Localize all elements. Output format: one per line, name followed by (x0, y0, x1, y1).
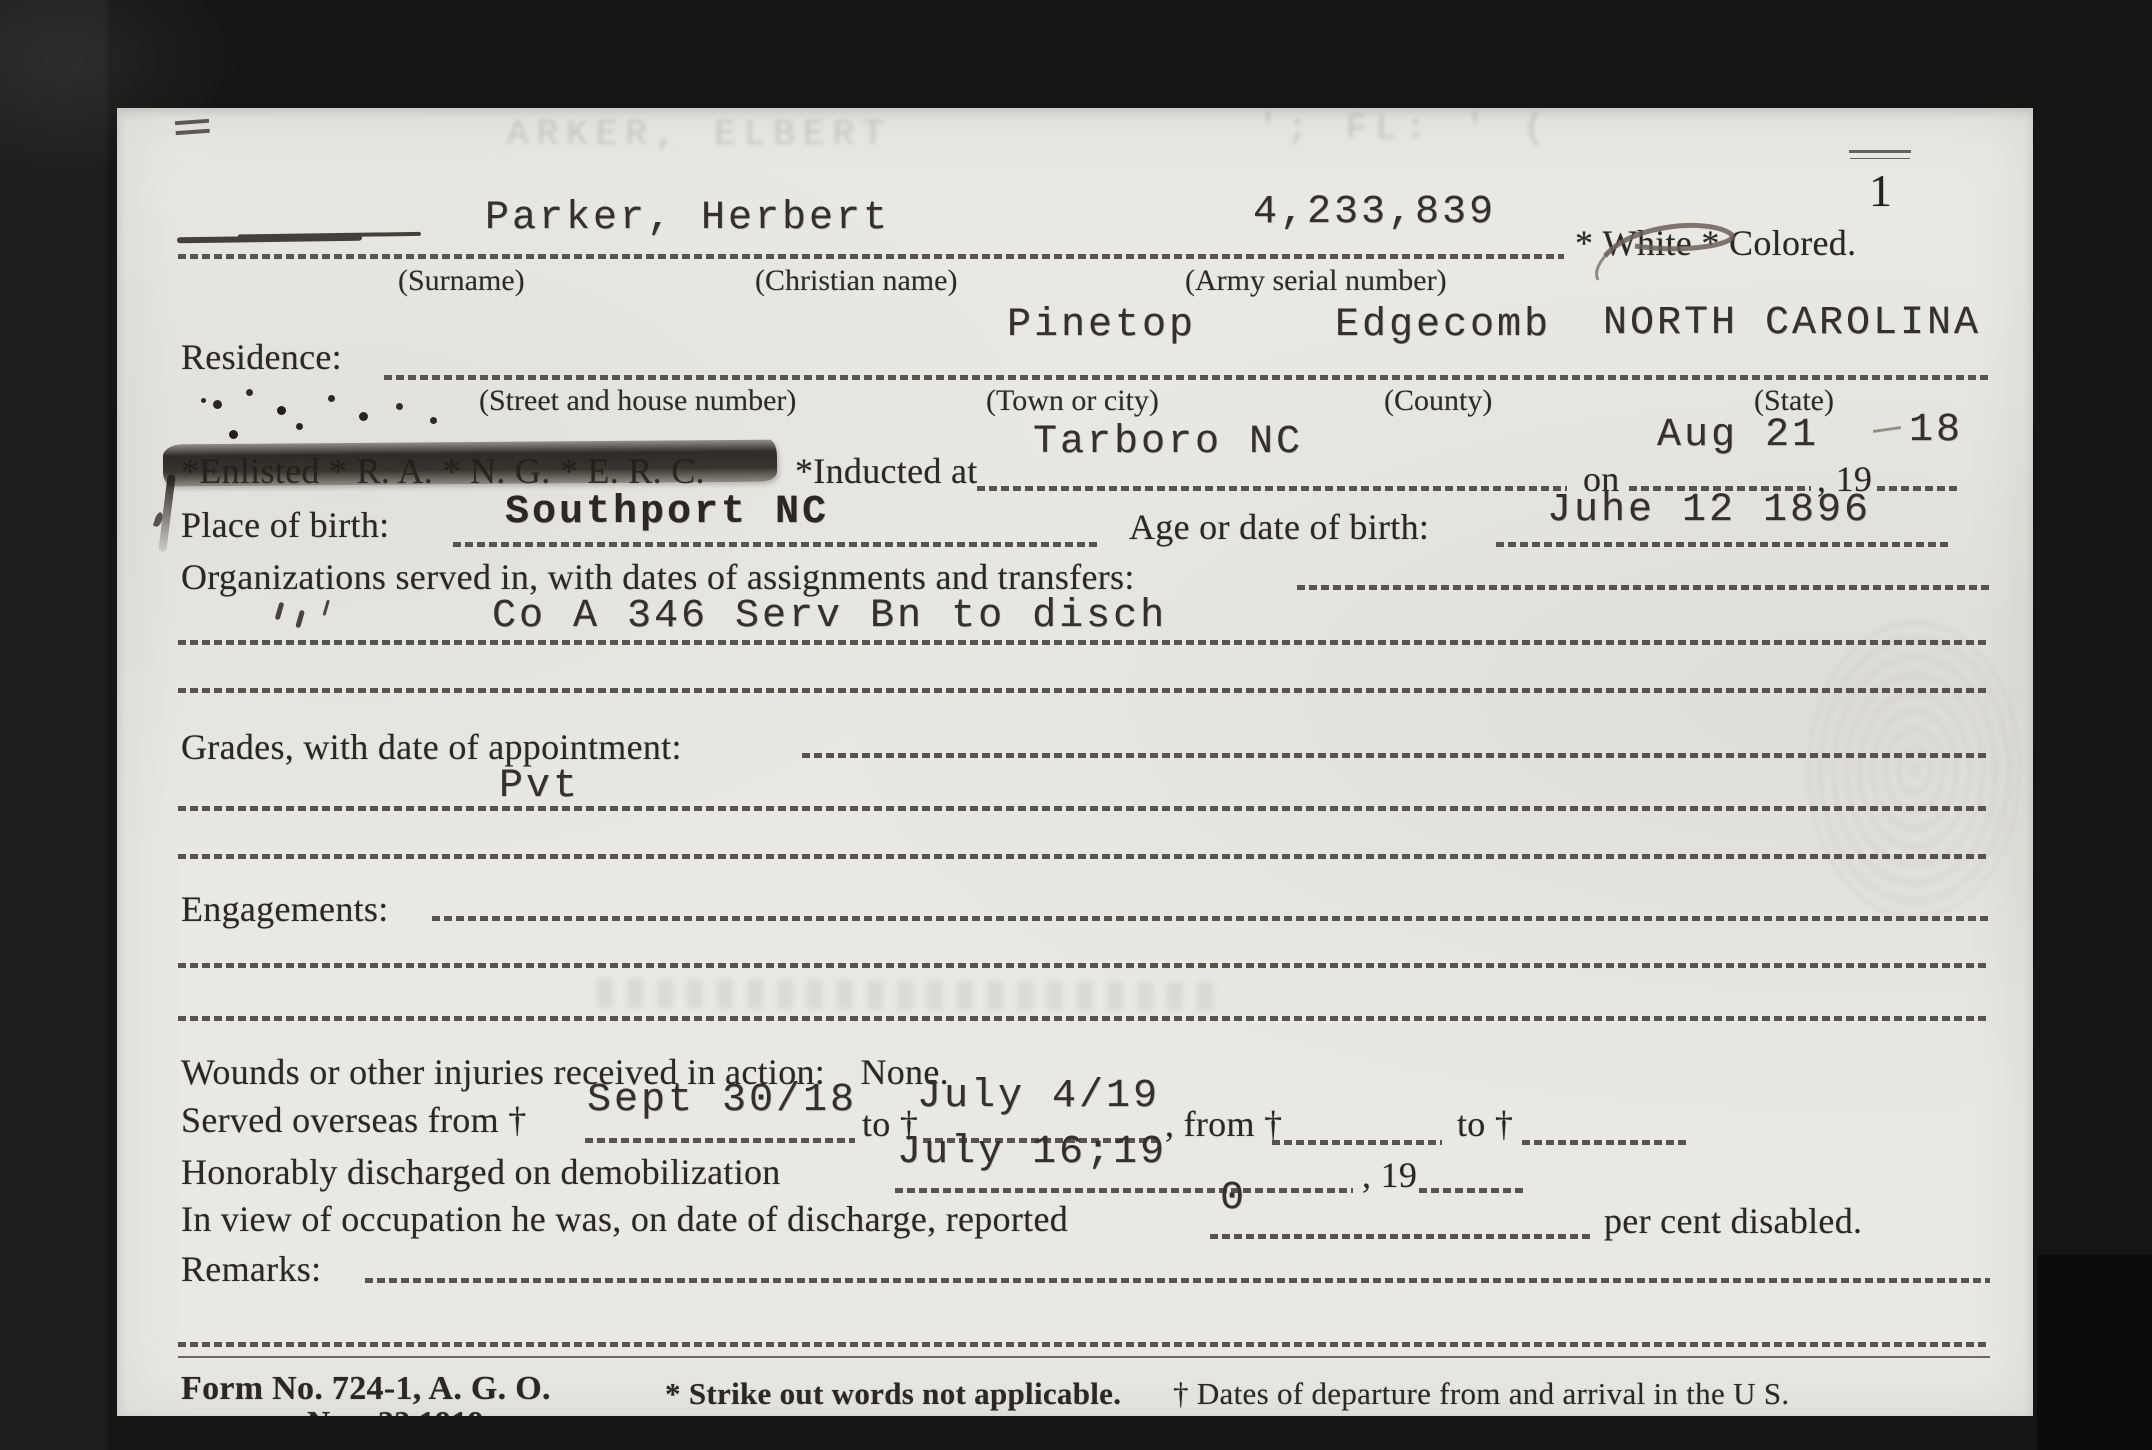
inducted-place-value: Tarboro NC (1033, 420, 1303, 465)
residence-state-value: NORTH CAROLINA (1603, 301, 1981, 346)
dagger-note: † Dates of departure from and arrival in… (1173, 1376, 1789, 1412)
form-date: Nov. 22 1919 (307, 1404, 484, 1416)
residence-label: Residence: (181, 336, 342, 378)
organizations-label: Organizations served in, with dates of a… (181, 556, 1135, 598)
inducted-date-value: Aug 21 (1657, 413, 1819, 458)
serial-number-label: (Army serial number) (1185, 264, 1447, 298)
street-label: (Street and house number) (479, 384, 796, 418)
handwritten-tick-marks (275, 602, 285, 621)
overseas-to2-label: to † (1457, 1103, 1513, 1145)
overseas-from2-label: , from † (1165, 1103, 1282, 1145)
service-record-card: ARKER, ELBERT '; FL: ' ( 1 Parker, Herbe… (117, 108, 2033, 1416)
overseas-from-value: Sept 30/18 (587, 1078, 857, 1123)
place-of-birth-label: Place of birth: (181, 504, 389, 546)
disability-percent-value: 0 (1220, 1176, 1247, 1221)
pencil-equals-mark (175, 119, 209, 125)
rule-birth-date (1496, 542, 1949, 547)
surname-christian-value: Parker, Herbert (485, 196, 890, 241)
pen-strike-through-white-icon (1591, 210, 1741, 280)
rule-inducted-year (1877, 486, 1957, 491)
rule-bottom-solid (178, 1356, 1990, 1358)
remarks-label: Remarks: (181, 1248, 321, 1290)
grade-value: Pvt (499, 764, 580, 809)
rule-organizations-2 (178, 640, 1990, 645)
scan-background: ARKER, ELBERT '; FL: ' ( 1 Parker, Herbe… (0, 0, 2152, 1450)
page-number: 1 (1869, 164, 1892, 217)
strike-out-note: * Strike out words not applicable. (665, 1376, 1121, 1412)
rule-overseas-from (585, 1138, 855, 1143)
rule-overseas-to2 (1522, 1140, 1687, 1145)
race-line: * White * Colored. (1575, 222, 1856, 264)
town-label: (Town or city) (986, 384, 1159, 418)
pen-dash-mark (177, 235, 362, 244)
race-colored-label: Colored. (1729, 223, 1856, 263)
ink-splatter (201, 398, 206, 403)
birth-place-value: Southport NC (505, 490, 829, 535)
fingerprint-smudge (1807, 620, 2022, 920)
army-serial-value: 4,233,839 (1253, 190, 1496, 235)
ghost-impression-right: '; FL: ' ( (1257, 108, 1553, 149)
rule-under-name (178, 254, 1564, 259)
inducted-year-value: 18 (1909, 408, 1963, 453)
rule-birth-place (453, 542, 1098, 547)
rule-discharge-date (895, 1188, 1353, 1193)
grades-label: Grades, with date of appointment: (181, 726, 682, 768)
rule-bottom-dashed (178, 1342, 1990, 1347)
age-or-birthdate-label: Age or date of birth: (1129, 506, 1429, 548)
rule-engagements-2 (178, 963, 1990, 968)
residence-town-value: Pinetop (1007, 303, 1196, 348)
ghost-impression-engagements (597, 978, 1217, 1011)
discharge-date-value: July 16;19 (897, 1130, 1167, 1175)
rule-inducted-place (977, 486, 1567, 491)
surname-label: (Surname) (398, 264, 525, 298)
discharge-label: Honorably discharged on demobilization (181, 1151, 781, 1193)
organizations-value: Co A 346 Serv Bn to disch (492, 594, 1167, 639)
rule-residence (384, 375, 1990, 380)
page-number-rule (1849, 150, 1911, 153)
served-overseas-label: Served overseas from † (181, 1099, 527, 1141)
residence-county-value: Edgecomb (1335, 303, 1551, 348)
rule-disability (1210, 1234, 1592, 1239)
rule-grades-3 (178, 854, 1990, 859)
engagements-label: Engagements: (181, 888, 389, 930)
rule-organizations-3 (178, 688, 1990, 693)
rule-organizations-1 (1297, 585, 1990, 590)
disability-label: In view of occupation he was, on date of… (181, 1198, 1068, 1240)
discharge-year-19-label: , 19 (1362, 1154, 1417, 1196)
form-number: Form No. 724-1, A. G. O. (181, 1370, 551, 1408)
overseas-to-value: July 4/19 (917, 1074, 1160, 1119)
rule-grades-2 (178, 806, 1990, 811)
race-white-option: White (1603, 222, 1692, 264)
rule-remarks (365, 1278, 1990, 1283)
pencil-dash (1873, 426, 1901, 433)
ink-strikethrough-bar (163, 440, 777, 487)
rule-engagements-1 (432, 916, 1990, 921)
rule-discharge-year (1419, 1188, 1524, 1193)
birth-date-value: Juhe 12 1896 (1547, 488, 1871, 533)
inducted-at-label: *Inducted at (795, 450, 978, 492)
percent-disabled-label: per cent disabled. (1604, 1200, 1862, 1242)
rule-overseas-from2 (1272, 1140, 1442, 1145)
rule-engagements-3 (178, 1016, 1990, 1021)
county-label: (County) (1384, 384, 1492, 418)
ghost-impression-left: ARKER, ELBERT (507, 114, 892, 155)
christian-name-label: (Christian name) (755, 264, 957, 298)
